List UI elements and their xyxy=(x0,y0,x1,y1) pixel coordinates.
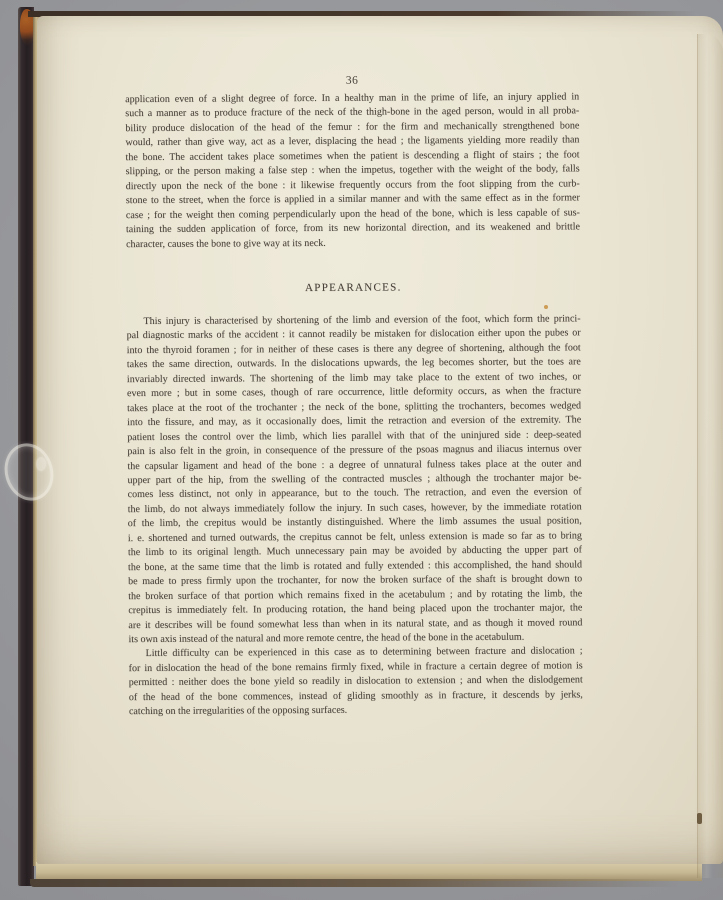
section-heading: APPEARANCES. xyxy=(126,280,580,296)
page-right-curl-crease xyxy=(697,34,723,878)
text-line: character, causes the bone to give way a… xyxy=(126,235,580,252)
text-line: of the head of the bone commences, inste… xyxy=(129,688,583,705)
body-paragraph-2: This injury is characterised by shorteni… xyxy=(127,312,583,647)
ink-speck xyxy=(697,813,702,824)
text-line: taining the sudden application of force,… xyxy=(126,220,580,237)
page-text-block: 36 application even of a slight degree o… xyxy=(125,72,583,719)
scanned-book-photo: 36 application even of a slight degree o… xyxy=(0,0,723,900)
page-number: 36 xyxy=(125,72,579,89)
text-line: catching on the irregularities of the op… xyxy=(129,703,583,720)
page-block-bottom-shadow xyxy=(30,879,680,887)
body-paragraph-1: application even of a slight degree of f… xyxy=(125,90,580,252)
body-paragraph-3: Little difficulty can be experienced in … xyxy=(129,645,583,720)
page-clip-highlight xyxy=(36,457,46,471)
